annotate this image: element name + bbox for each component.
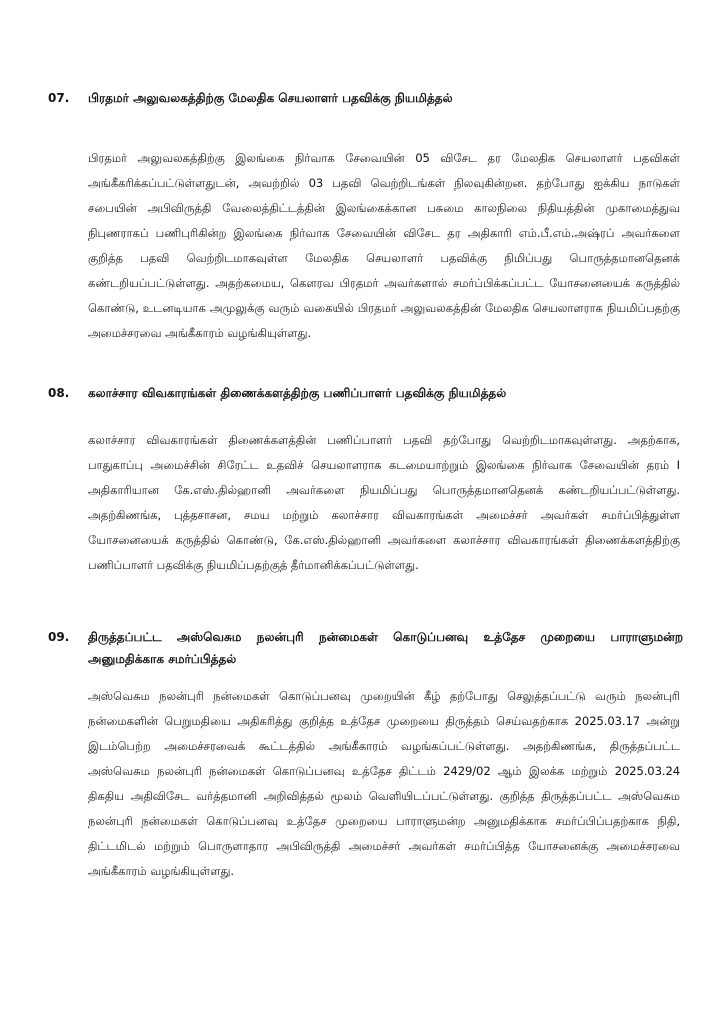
section-title: திருத்தப்பட்ட அஸ்வெசும நலன்புரி நன்மைகள்… bbox=[88, 626, 683, 670]
section-09-body: அஸ்வெசும நலன்புரி நன்மைகள் கொடுப்பனவு மு… bbox=[88, 684, 680, 884]
section-08-body: கலாச்சார விவகாரங்கள் திணைக்களத்தின் பணிப… bbox=[88, 428, 680, 578]
section-number: 08. bbox=[48, 382, 88, 404]
section-title: பிரதமர் அலுவலகத்திற்கு மேலதிக செயலாளர் ப… bbox=[88, 87, 683, 109]
section-07-body: பிரதமர் அலுவலகத்திற்கு இலங்கை நிர்வாக சே… bbox=[88, 146, 680, 346]
section-number: 09. bbox=[48, 626, 88, 648]
section-number: 07. bbox=[48, 87, 88, 109]
section-title: கலாச்சார விவகாரங்கள் திணைக்களத்திற்கு பண… bbox=[88, 382, 683, 404]
